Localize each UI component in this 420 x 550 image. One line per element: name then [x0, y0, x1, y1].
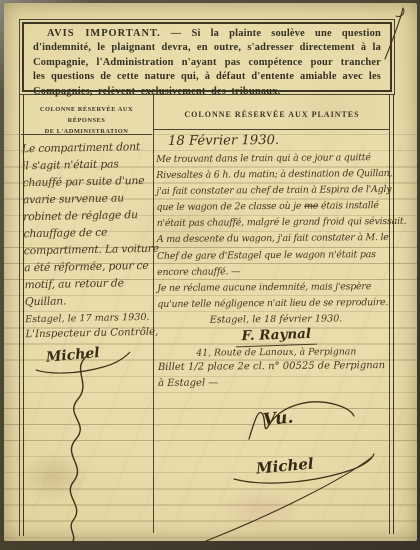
- response-line: a été réformée, pour ce: [24, 257, 156, 277]
- photographed-register-page: AVIS IMPORTANT. — Si la plainte soulève …: [0, 0, 420, 550]
- strike-line-pre: que le wagon de 2e classe où je: [156, 201, 304, 213]
- paper-sheet: AVIS IMPORTANT. — Si la plainte soulève …: [4, 3, 417, 541]
- struck-word: me: [304, 201, 318, 212]
- strike-line-post: étais installé: [318, 200, 379, 212]
- notice-text: AVIS IMPORTANT. — Si la plainte soulève …: [33, 27, 381, 99]
- wavy-fill-line: [46, 355, 102, 543]
- admin-header-line1: COLONNE RÉSERVÉE AUX RÉPONSES: [21, 104, 152, 126]
- notice-box-inner: AVIS IMPORTANT. — Si la plainte soulève …: [22, 22, 392, 92]
- notice-box: AVIS IMPORTANT. — Si la plainte soulève …: [19, 19, 395, 95]
- countersignature: Michel: [194, 439, 404, 544]
- complaint-entry: 18 Février 1930. Me trouvant dans le tra…: [156, 130, 395, 391]
- corner-pen-mark: [379, 5, 411, 63]
- complaint-date: 18 Février 1930.: [156, 130, 393, 152]
- ticket-info-line1: Billet 1/2 place 2e cl. n° 00525 de Perp…: [158, 358, 395, 375]
- complaint-line: qu'une telle négligence n'ait lieu de se…: [157, 295, 394, 313]
- complaint-line: Chef de gare d'Estagel que le wagon n'ét…: [157, 247, 394, 265]
- countersignature-flourish-icon: [194, 439, 404, 544]
- admin-column-header: COLONNE RÉSERVÉE AUX RÉPONSES DE L'ADMIN…: [21, 104, 152, 137]
- complaints-column-header: COLONNE RÉSERVÉE AUX PLAINTES: [154, 110, 390, 119]
- administration-response: Le compartiment dont il s'agit n'était p…: [22, 138, 159, 376]
- response-line: chauffé par suite d'une: [22, 172, 154, 192]
- response-line: Quillan.: [25, 291, 157, 311]
- complaint-line: A ma descente du wagon, j'ai fait consta…: [157, 230, 394, 248]
- response-line: robinet de réglage du: [23, 206, 155, 226]
- complainant-signature: F. Raynal: [158, 326, 395, 347]
- ticket-info-line2: à Estagel —: [158, 374, 395, 391]
- response-signatory-title: L'Inspecteur du Contrôle,: [25, 325, 157, 343]
- response-line: Le compartiment dont: [22, 138, 154, 158]
- complainant-signature-name: F. Raynal: [235, 326, 317, 348]
- admin-header-line2: DE L'ADMINISTRATION: [21, 126, 152, 137]
- complaint-line: Je ne réclame aucune indemnité, mais j'e…: [157, 279, 394, 297]
- notice-title: AVIS IMPORTANT.: [47, 28, 161, 39]
